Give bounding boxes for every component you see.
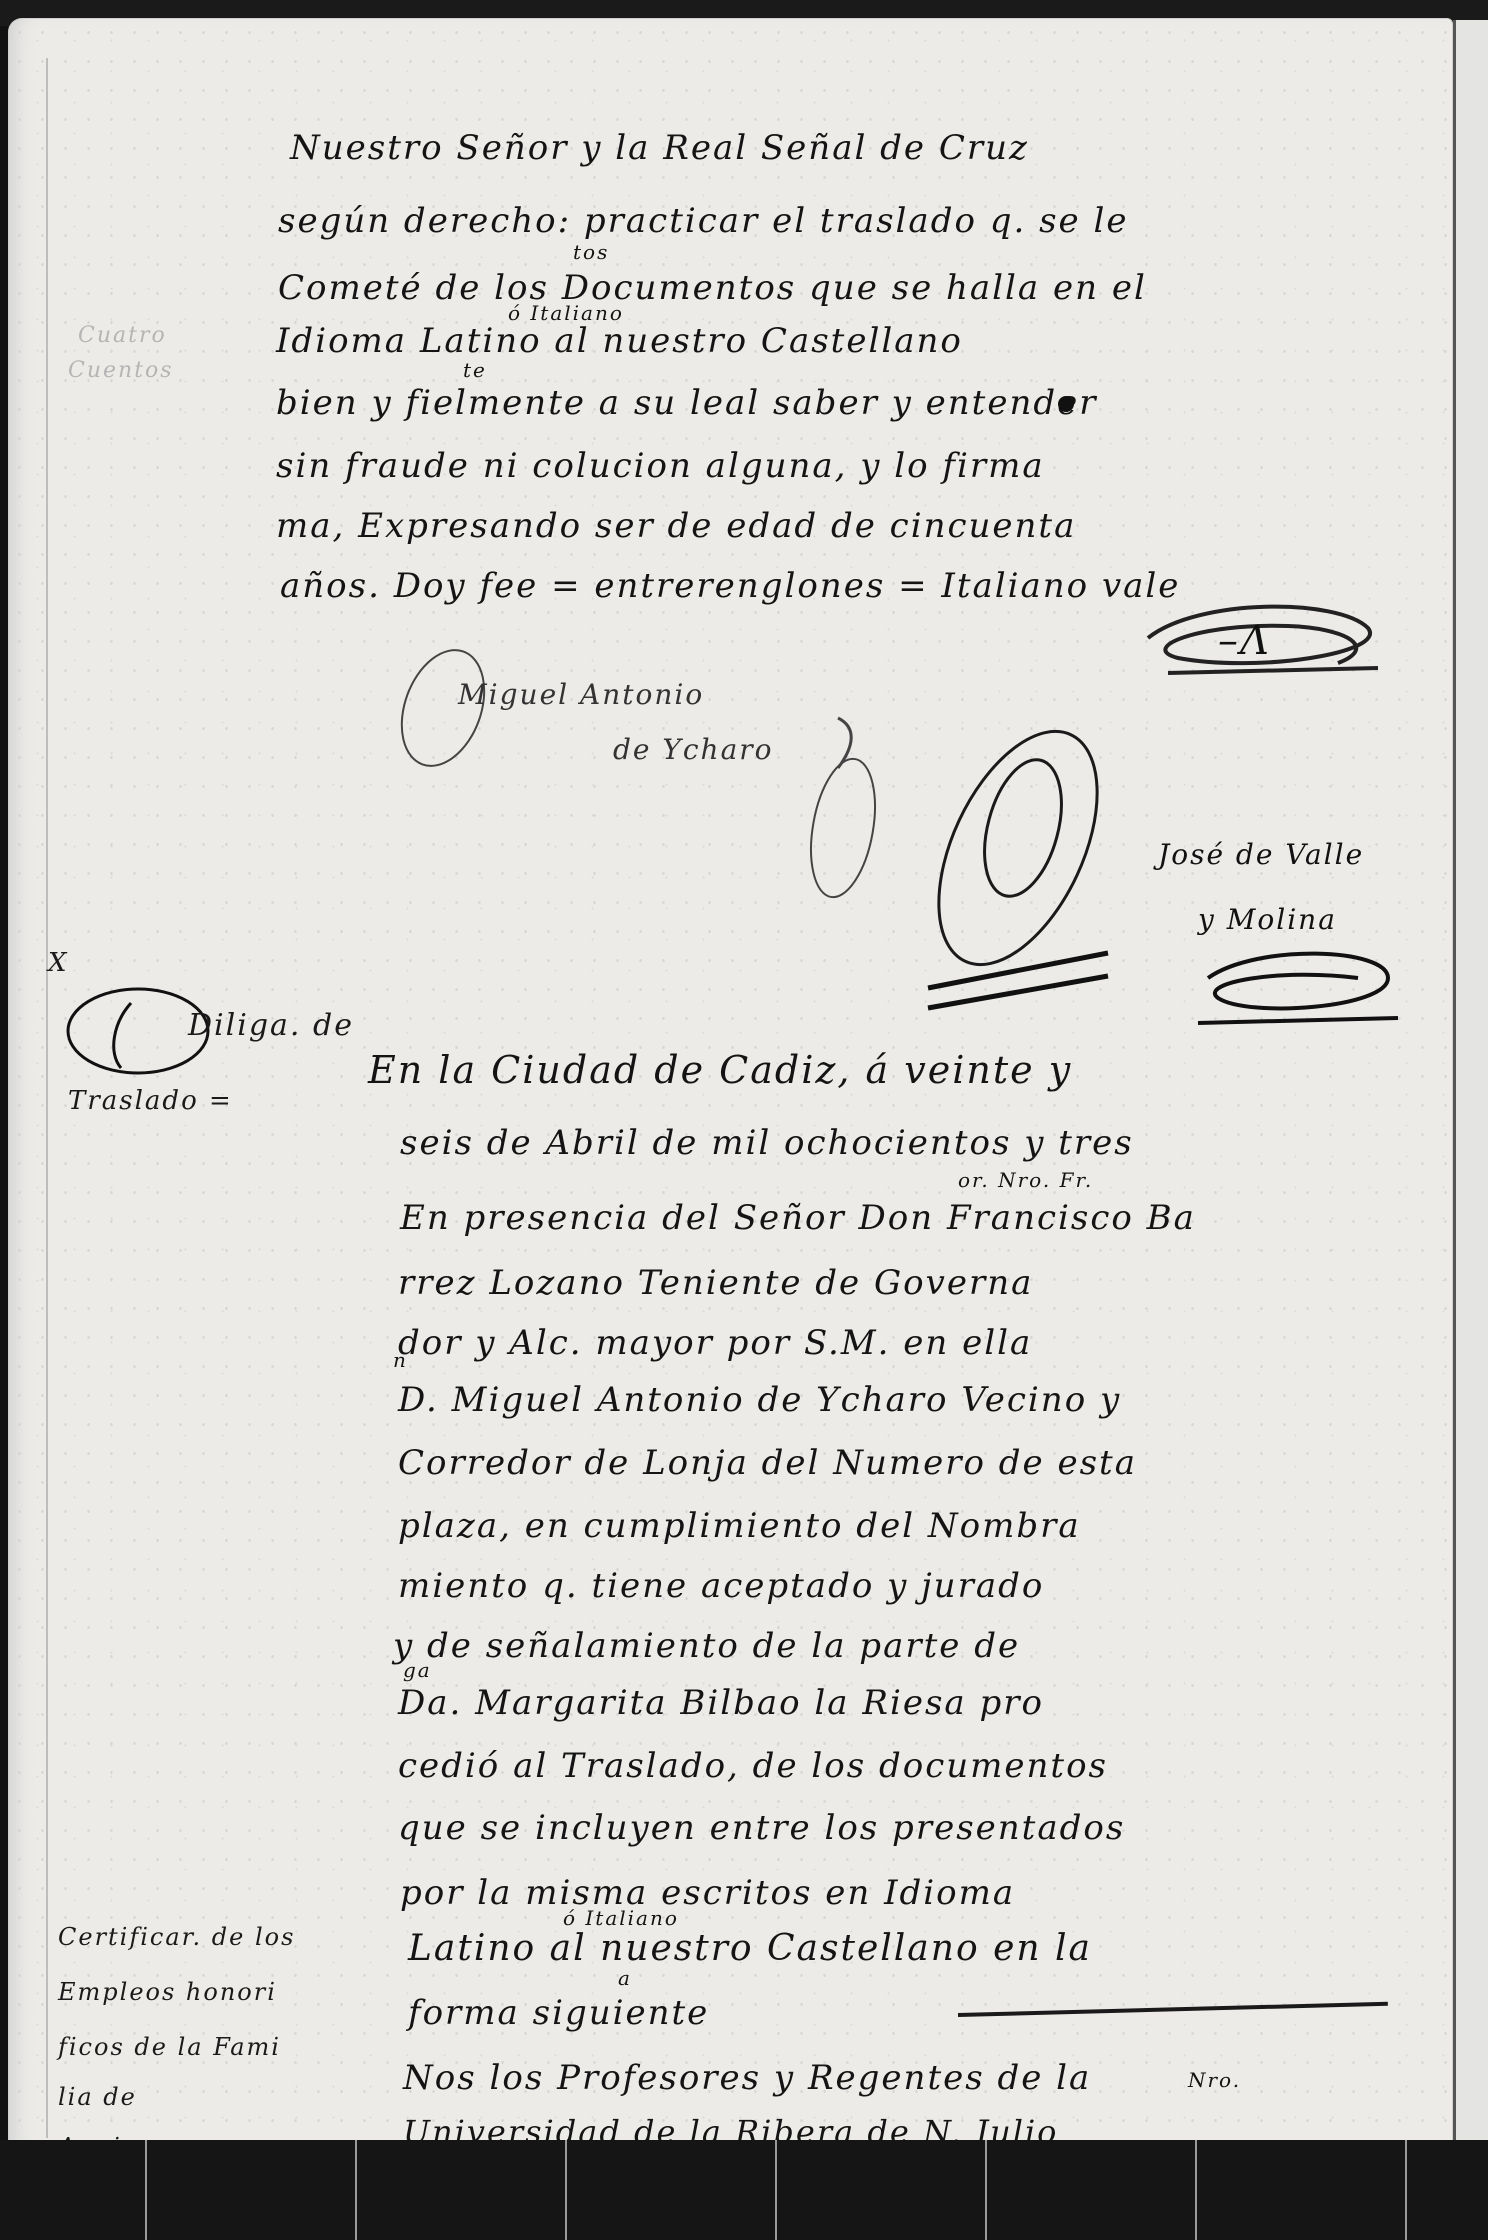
signature-left-line1: Miguel Antonio <box>458 678 704 711</box>
main-line-8: plaza, en cumplimiento del Nombra <box>398 1506 1081 1546</box>
top-line-4: Idioma Latino al nuestro Castellano <box>276 321 963 361</box>
certificar-note-2: Empleos honori <box>58 1978 277 2006</box>
top-line-6: sin fraude ni colucion alguna, y lo firm… <box>276 446 1045 486</box>
interlinear-tos: tos <box>573 240 609 264</box>
main-line-10: y de señalamiento de la parte de <box>393 1626 1020 1666</box>
main-line-13: que se incluyen entre los presentados <box>398 1808 1125 1848</box>
top-line-5: bien y fielmente a su leal saber y enten… <box>276 383 1097 423</box>
rubric-flourish-2-icon <box>1188 938 1408 1028</box>
signature-rubric-right-icon <box>908 718 1148 1018</box>
interlinear-n: n <box>393 1348 408 1372</box>
main-line-16: forma siguiente <box>408 1993 709 2033</box>
top-line-8: años. Doy fee = entrerenglones = Italian… <box>280 566 1180 606</box>
faint-margin-note-2: Cuentos <box>68 358 174 383</box>
main-line-7: Corredor de Lonja del Numero de esta <box>398 1443 1137 1483</box>
main-line-3: En presencia del Señor Don Francisco Ba <box>400 1198 1196 1238</box>
margin-mark-x: X <box>48 948 69 978</box>
certificar-note-1: Certificar. de los <box>58 1923 295 1951</box>
main-line-12: cedió al Traslado, de los documentos <box>398 1746 1108 1786</box>
scan-bottom-background <box>0 2140 1488 2240</box>
faint-margin-note-1: Cuatro <box>78 323 167 348</box>
main-line-4: rrez Lozano Teniente de Governa <box>398 1263 1033 1303</box>
interlinear-italiano-2: ó Italiano <box>563 1906 679 1930</box>
interlinear-nro: Nro. <box>1188 2068 1241 2092</box>
interlinear-ga: ga <box>403 1658 432 1682</box>
main-line-15: Latino al nuestro Castellano en la <box>408 1928 1092 1969</box>
certificar-note-3: ficos de la Fami <box>58 2033 281 2061</box>
top-line-7: ma, Expresando ser de edad de cincuenta <box>276 506 1076 546</box>
signature-right-cross: –Λ <box>1218 618 1271 664</box>
interlinear-or-nro-fr: or. Nro. Fr. <box>958 1168 1093 1192</box>
diligencia-title: Diliga. de <box>188 1008 354 1043</box>
signature-right-line1: José de Valle <box>1158 838 1364 871</box>
signature-rubric-middle-icon <box>798 708 888 908</box>
top-line-1: Nuestro Señor y la Real Señal de Cruz <box>290 128 1029 168</box>
main-line-11: Da. Margarita Bilbao la Riesa pro <box>398 1683 1044 1723</box>
signature-right-line2: y Molina <box>1198 903 1337 936</box>
page-margin-rule <box>46 58 48 2138</box>
main-line-14: por la misma escritos en Idioma <box>400 1873 1015 1913</box>
line-filler-dash <box>958 2002 1388 2017</box>
main-line-2: seis de Abril de mil ochocientos y tres <box>400 1123 1134 1163</box>
top-line-2: según derecho: practicar el traslado q. … <box>278 201 1128 241</box>
main-line-6: D. Miguel Antonio de Ycharo Vecino y <box>398 1380 1121 1420</box>
manuscript-page: Cuatro Cuentos Nuestro Señor y la Real S… <box>8 18 1453 2158</box>
interlinear-te: te <box>463 358 487 382</box>
diligencia-subtitle: Traslado = <box>68 1086 233 1116</box>
signature-left-line2: de Ycharo <box>613 733 774 766</box>
interlinear-a: a <box>618 1966 632 1990</box>
main-line-9: miento q. tiene aceptado y jurado <box>398 1566 1044 1606</box>
certificar-note-4: lia de <box>58 2083 137 2111</box>
top-line-3: Cometé de los Documentos que se halla en… <box>278 268 1147 308</box>
main-line-5: dor y Alc. mayor por S.M. en ella <box>398 1323 1032 1363</box>
main-line-17: Nos los Profesores y Regentes de la <box>403 2058 1091 2098</box>
ink-blot <box>1058 396 1074 412</box>
main-line-1: En la Ciudad de Cadiz, á veinte y <box>368 1048 1072 1092</box>
adjacent-page-edge <box>1453 20 1488 2150</box>
